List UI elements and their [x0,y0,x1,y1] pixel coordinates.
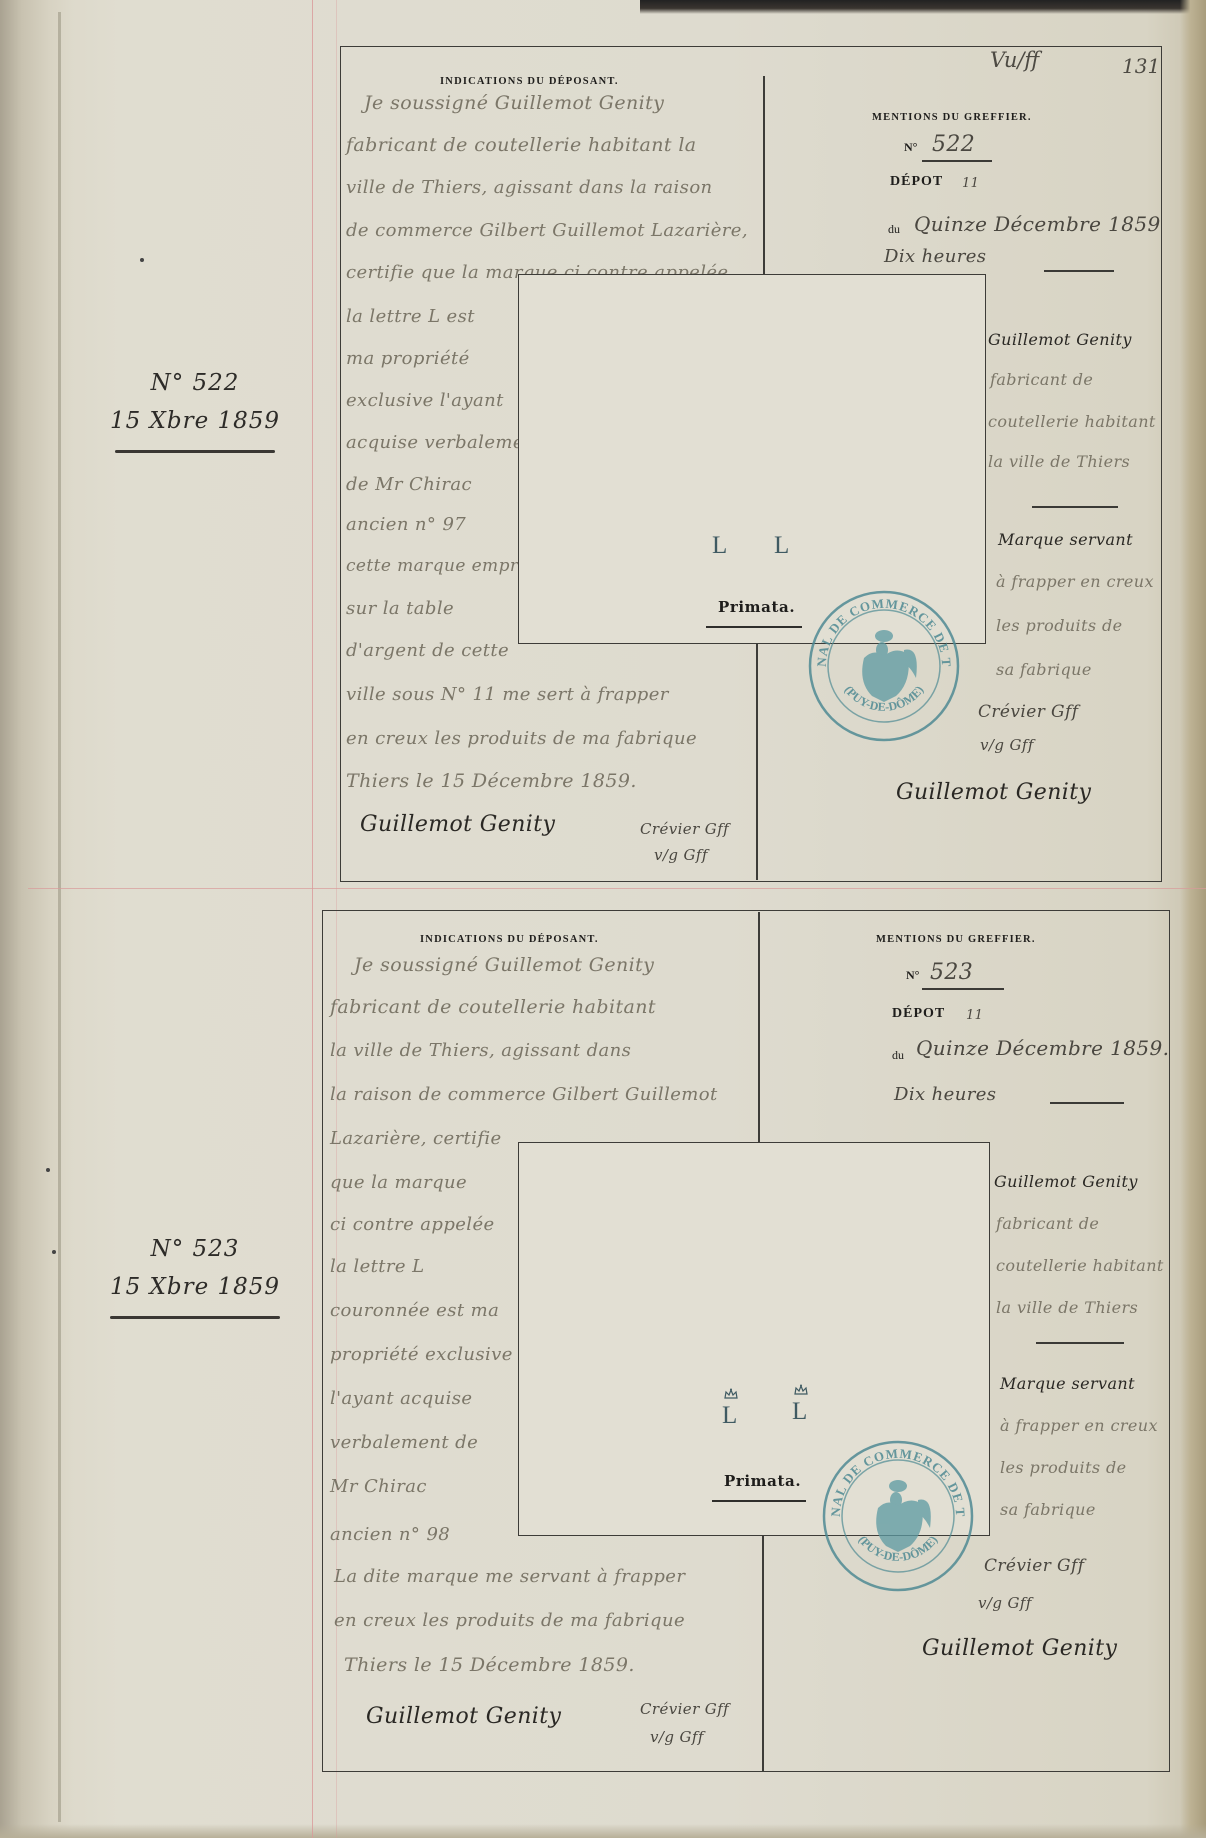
clerk-note-line: Guillemot Genity [988,330,1132,349]
registry-number-label: N° [904,140,917,155]
declarant-signature: Guillemot Genity [360,812,555,837]
binding-crease [58,12,61,1822]
declaration-line: ci contre appelée [330,1214,495,1235]
clerk-signature: Crévier Gff [984,1556,1084,1576]
deposit-date: Quinze Décembre 1859. [916,1036,1169,1060]
clerk-mark-note-line: Marque servant [998,530,1133,549]
clerk-note-line: fabricant de [996,1214,1099,1233]
declaration-line: ancien n° 97 [346,514,466,535]
declaration-line: ville sous N° 11 me sert à frapper [346,684,669,705]
clerk-mark-note-line: les produits de [996,616,1123,635]
ink-dot [52,1250,56,1254]
registry-number-value: 522 [932,132,975,157]
registry-number-underline [922,988,1004,990]
declaration-line: couronnée est ma [330,1300,499,1321]
clerk-paraph: Crévier Gff [640,820,729,838]
heading-mentions-greffier: Mentions du greffier. [876,934,1036,945]
declaration-line: l'ayant acquise [330,1388,472,1409]
depot-label: DÉPOT [892,1006,945,1022]
clerk-mark-note-line: à frapper en creux [996,572,1154,591]
margin-date: 15 Xbre 1859 [100,1268,290,1306]
declaration-line: que la marque [330,1172,467,1193]
declaration-line: fabricant de coutellerie habitant la [346,134,697,156]
margin-number: N° 523 [100,1230,290,1268]
declaration-line: Je soussigné Guillemot Genity [354,954,654,976]
top-edge-shadow [640,0,1206,14]
clerk-signature-sub: v/g Gff [978,1594,1032,1612]
deposit-time: Dix heures [884,246,986,267]
declaration-line: la ville de Thiers, agissant dans [330,1040,631,1061]
crown-icon [724,1388,738,1400]
declaration-line: ville de Thiers, agissant dans la raison [346,177,713,198]
clerk-mark-note-line: Marque servant [1000,1374,1135,1393]
registry-number-value: 523 [930,960,973,985]
declaration-line: la lettre L est [346,306,475,327]
heading-indications-deposant: Indications du déposant. [440,76,619,87]
mark-caption: Primata. [718,598,795,616]
mark-caption-underline [706,626,802,628]
heading-indications-deposant: Indications du déposant. [420,934,599,945]
declaration-line: de commerce Gilbert Guillemot Lazarière, [346,220,748,241]
heading-mentions-greffier: Mentions du greffier. [872,112,1032,123]
mark-letter-left: L [722,1402,737,1430]
ink-dot [140,258,144,262]
clerk-note-line: fabricant de [990,370,1093,389]
declaration-line: ma propriété [346,348,470,369]
clerk-signature-sub: v/g Gff [980,736,1034,754]
margin-underline [110,1316,280,1319]
registry-number-underline [922,160,992,162]
clerk-note-line: coutellerie habitant [996,1256,1164,1275]
mark-letter-right: L [774,532,789,560]
ink-dot [46,1168,50,1172]
tribunal-stamp-icon: TRIBUNAL DE COMMERCE DE THIERS (PUY-DE-D… [804,586,964,746]
declaration-line: verbalement de [330,1432,478,1453]
declaration-line: Lazarière, certifie [330,1128,502,1149]
bottom-edge [0,1824,1206,1838]
register-page: Vu/ff 131 N° 522 15 Xbre 1859 Indication… [0,0,1206,1838]
declaration-line: la raison de commerce Gilbert Guillemot [330,1084,718,1105]
record-separator-line [28,888,1206,889]
depot-label: DÉPOT [890,174,943,190]
right-declarant-signature: Guillemot Genity [922,1636,1117,1661]
declaration-line: de Mr Chirac [346,474,472,495]
declaration-line: Thiers le 15 Décembre 1859. [344,1654,635,1676]
field-rule [1036,1342,1124,1344]
margin-number: N° 522 [100,364,290,402]
margin-entry-record-2: N° 523 15 Xbre 1859 [100,1230,290,1319]
mark-letter-right: L [792,1398,807,1426]
clerk-note-line: la ville de Thiers [996,1298,1138,1317]
binding-fold [0,0,72,1838]
mark-caption-underline [712,1500,806,1502]
tribunal-stamp-icon: TRIBUNAL DE COMMERCE DE THIERS (PUY-DE-D… [818,1436,978,1596]
declaration-line: exclusive l'ayant [346,390,504,411]
date-du-label: du [888,222,900,237]
deposit-time: Dix heures [894,1084,996,1105]
clerk-paraph: Crévier Gff [640,1700,729,1718]
declarant-signature: Guillemot Genity [366,1704,561,1729]
declaration-line: ancien n° 98 [330,1524,450,1545]
mark-letter-left: L [712,532,727,560]
field-rule [1044,270,1114,272]
declaration-line: la lettre L [330,1256,424,1277]
column-divider-lower [762,1536,764,1772]
clerk-paraph-sub: v/g Gff [654,846,708,864]
clerk-mark-note-line: sa fabrique [996,660,1092,679]
declaration-line: acquise verbalement [346,432,544,453]
declaration-line: en creux les produits de ma fabrique [334,1610,685,1631]
declaration-line: Thiers le 15 Décembre 1859. [346,770,637,792]
clerk-mark-note-line: à frapper en creux [1000,1416,1158,1435]
margin-underline [115,450,275,453]
crown-icon [794,1384,808,1396]
declaration-line: Je soussigné Guillemot Genity [364,92,664,114]
clerk-mark-note-line: sa fabrique [1000,1500,1096,1519]
margin-ruling-line [312,0,313,1838]
clerk-paraph-sub: v/g Gff [650,1728,704,1746]
column-divider-lower [756,644,758,880]
margin-date: 15 Xbre 1859 [100,402,290,440]
depot-mark: 11 [962,176,979,191]
field-rule [1050,1102,1124,1104]
declaration-line: en creux les produits de ma fabrique [346,728,697,749]
declaration-line: d'argent de cette [346,640,509,661]
declaration-line: fabricant de coutellerie habitant [330,996,656,1018]
declaration-line: propriété exclusive [330,1344,513,1365]
right-declarant-signature: Guillemot Genity [896,780,1091,805]
clerk-note-line: coutellerie habitant [988,412,1156,431]
clerk-note-line: la ville de Thiers [988,452,1130,471]
declaration-line: sur la table [346,598,454,619]
mark-caption: Primata. [724,1472,801,1490]
declaration-line: Mr Chirac [330,1476,427,1497]
page-edge [1180,0,1206,1838]
deposit-date: Quinze Décembre 1859 [914,212,1161,236]
margin-entry-record-1: N° 522 15 Xbre 1859 [100,364,290,453]
depot-mark: 11 [966,1008,983,1023]
clerk-signature: Crévier Gff [978,702,1078,722]
registry-number-label: N° [906,968,919,983]
column-divider-upper [758,912,760,1142]
clerk-mark-note-line: les produits de [1000,1458,1127,1477]
field-rule [1032,506,1118,508]
column-divider-upper [763,76,765,274]
clerk-note-line: Guillemot Genity [994,1172,1138,1191]
date-du-label: du [892,1048,904,1063]
declaration-line: La dite marque me servant à frapper [334,1566,685,1587]
